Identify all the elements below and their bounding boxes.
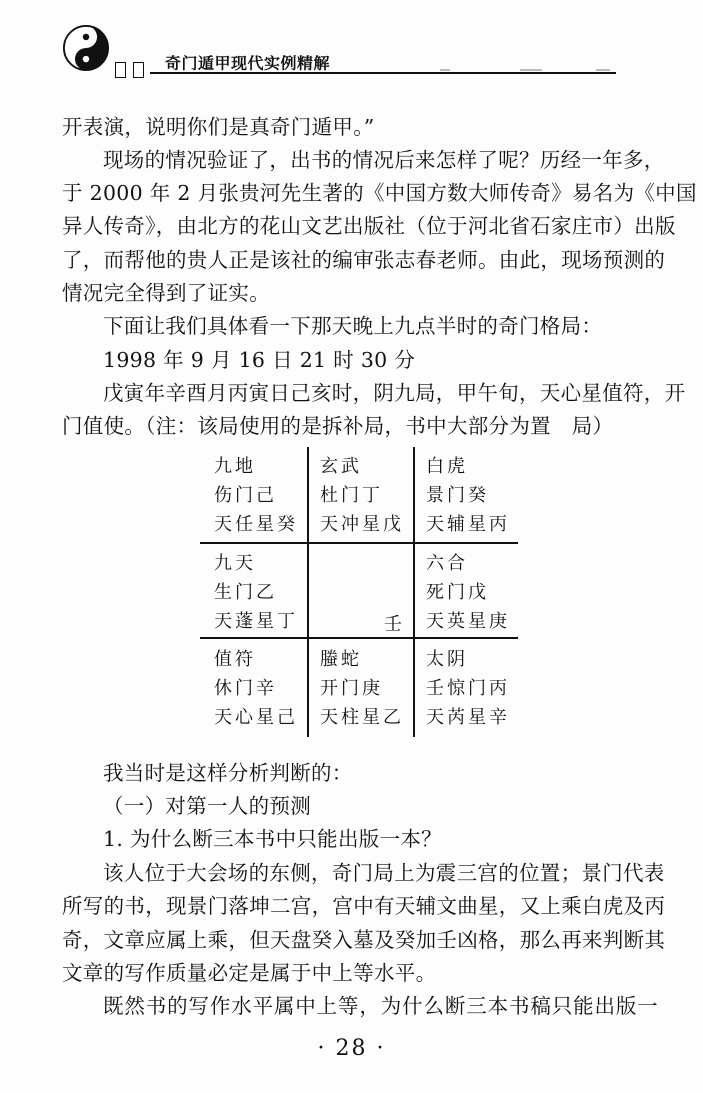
palace-door: 景门癸 [426, 484, 489, 508]
yin-yang-icon [63, 25, 109, 71]
section-heading: （一）对第一人的预测 [103, 792, 311, 820]
running-header-title: 奇门遁甲现代实例精解 [165, 52, 330, 74]
palace-star: 天任星癸 [214, 513, 298, 537]
grid-line-horizontal [200, 542, 518, 544]
qimen-chart: 九地 伤门己 天任星癸 玄武 杜门丁 天冲星戊 白虎 景门癸 天辅星丙 九天 生… [200, 447, 518, 737]
palace-center-stem: 壬 [384, 610, 402, 636]
palace-star: 天芮星辛 [426, 706, 510, 730]
grid-line-vertical [413, 447, 415, 737]
text-line: 门值使。（注：该局使用的是拆补局，书中大部分为置 局） [62, 412, 613, 440]
palace-door: 壬惊门丙 [426, 677, 510, 701]
text-line: 异人传奇》，由北方的花山文艺出版社（位于河北省石家庄市）出版 [62, 212, 658, 240]
palace-deity: 值符 [214, 648, 256, 672]
palace-door: 杜门丁 [320, 484, 383, 508]
book-page: 奇门遁甲现代实例精解 开表演，说明你们是真奇门遁甲。” 现场的情况验证了，出书的… [0, 0, 703, 1093]
page-number: · 28 · [0, 1036, 703, 1061]
palace-deity: 太阴 [426, 648, 468, 672]
palace-deity: 九天 [214, 552, 256, 576]
palace-door: 休门辛 [214, 677, 277, 701]
palace-deity: 白虎 [426, 455, 468, 479]
text-line: 开表演，说明你们是真奇门遁甲。” [62, 113, 375, 141]
grid-line-horizontal [200, 637, 518, 639]
text-line: 文章的写作质量必定是属于中上等水平。 [62, 959, 436, 987]
palace-deity: 螣蛇 [320, 648, 362, 672]
header-rule [150, 72, 616, 74]
header-box-left [115, 62, 126, 78]
palace-deity: 九地 [214, 455, 256, 479]
palace-star: 天冲星戊 [320, 513, 404, 537]
palace-star: 天辅星丙 [426, 513, 510, 537]
text-line: 该人位于大会场的东侧，奇门局上为震三宫的位置；景门代表 [103, 859, 658, 887]
palace-star: 天英星庚 [426, 610, 510, 634]
text-line: 了，而帮他的贵人正是该社的编审张志春老师。由此，现场预测的 [62, 246, 658, 274]
palace-deity: 六合 [426, 552, 468, 576]
text-line: 现场的情况验证了，出书的情况后来怎样了呢？历经一年多， [103, 146, 658, 174]
header-smudge [520, 69, 542, 71]
header-smudge [440, 69, 450, 71]
text-line: 既然书的写作水平属中上等，为什么断三本书稿只能出版一 [103, 992, 658, 1020]
text-line: 于 2000 年 2 月张贵河先生著的《中国方数大师传奇》易名为《中国 [62, 179, 658, 207]
palace-star: 天心星己 [214, 706, 298, 730]
palace-door: 开门庚 [320, 677, 383, 701]
text-line: 1998 年 9 月 16 日 21 时 30 分 [103, 346, 415, 374]
palace-deity: 玄武 [320, 455, 362, 479]
header-box-right [133, 62, 144, 78]
palace-star: 天柱星乙 [320, 706, 404, 730]
palace-door: 伤门己 [214, 484, 277, 508]
text-line: 奇，文章应属上乘，但天盘癸入墓及癸加壬凶格，那么再来判断其 [62, 926, 658, 954]
text-line: 我当时是这样分析判断的： [103, 759, 353, 787]
text-line: 情况完全得到了证实。 [62, 279, 270, 307]
subsection-heading: 1. 为什么断三本书中只能出版一本？ [103, 825, 442, 853]
text-line: 下面让我们具体看一下那天晚上九点半时的奇门格局： [103, 312, 602, 340]
palace-door: 死门戊 [426, 581, 489, 605]
text-line: 戊寅年辛酉月丙寅日己亥时，阴九局，甲午旬，天心星值符，开 [103, 379, 658, 407]
palace-door: 生门乙 [214, 581, 277, 605]
text-line: 所写的书，现景门落坤二宫，宫中有天辅文曲星，又上乘白虎及丙 [62, 892, 658, 920]
header-smudge [596, 69, 610, 71]
grid-line-vertical [307, 447, 309, 737]
palace-star: 天蓬星丁 [214, 610, 298, 634]
